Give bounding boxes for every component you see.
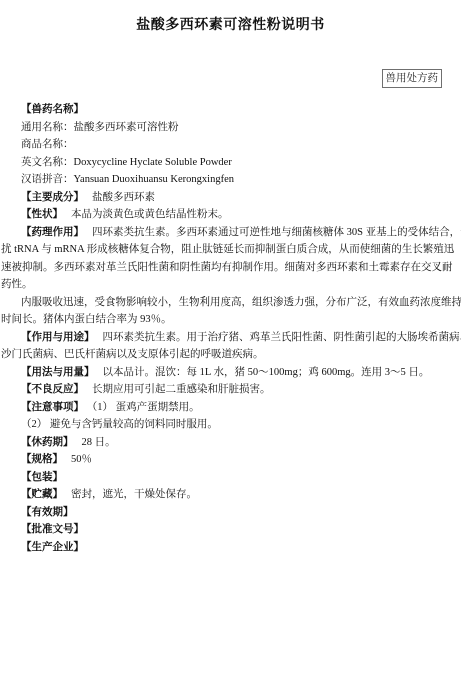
section-heading: 【作用与用途】 xyxy=(21,332,95,343)
doc-line: 【批准文号】 xyxy=(1,521,460,539)
section-heading: 【不良反应】 xyxy=(21,384,84,395)
doc-line: 【主要成分】盐酸多西环素 xyxy=(1,189,460,207)
line-text: 长期应用可引起二重感染和肝脏损害。 xyxy=(92,384,271,395)
doc-line: 【有效期】 xyxy=(1,504,460,522)
doc-line: 时间长。猪体内蛋白结合率为 93％。 xyxy=(1,311,460,329)
line-text: （2） 避免与含钙量较高的饲料同时服用。 xyxy=(21,419,218,430)
line-text: 盐酸多西环素 xyxy=(92,192,155,203)
line-text: 密封，遮光，干燥处保存。 xyxy=(71,489,197,500)
doc-line: 【作用与用途】四环素类抗生素。用于治疗猪、鸡革兰氏阳性菌、阴性菌引起的大肠埃希菌… xyxy=(1,329,460,347)
doc-line: 英文名称：Doxycycline Hyclate Soluble Powder xyxy=(1,154,460,172)
doc-line: 药性。 xyxy=(1,276,460,294)
line-text: （1） 蛋鸡产蛋期禁用。 xyxy=(92,402,200,413)
line-text: 英文名称：Doxycycline Hyclate Soluble Powder xyxy=(21,157,232,168)
section-heading: 【贮藏】 xyxy=(21,489,63,500)
doc-line: 【包装】 xyxy=(1,469,460,487)
doc-line: 扰 tRNA 与 mRNA 形成核糖体复合物，阻止肽链延长而抑制蛋白质合成，从而… xyxy=(1,241,460,259)
page-title: 盐酸多西环素可溶性粉说明书 xyxy=(0,0,461,35)
line-text: 药性。 xyxy=(1,279,33,290)
line-text: 速被抑制。多西环素对革兰氏阳性菌和阴性菌均有抑制作用。细菌对多西环素和土霉素存在… xyxy=(1,262,453,273)
line-text: 以本品计。混饮：每 1L 水，猪 50～100mg；鸡 600mg。连用 3～5… xyxy=(103,367,430,378)
document-page: 盐酸多西环素可溶性粉说明书 兽用处方药 【兽药名称】 通用名称：盐酸多西环素可溶… xyxy=(0,0,461,678)
doc-line: 【生产企业】 xyxy=(1,539,460,557)
section-heading: 【注意事项】 xyxy=(21,402,84,413)
line-text: 四环素类抗生素。多西环素通过可逆性地与细菌核糖体 30S 亚基上的受体结合，干 xyxy=(92,227,461,238)
badge-row: 兽用处方药 xyxy=(0,67,461,86)
line-text: 四环素类抗生素。用于治疗猪、鸡革兰氏阳性菌、阴性菌引起的大肠埃希菌病、 xyxy=(103,332,461,343)
line-text: 内服吸收迅速，受食物影响较小，生物利用度高，组织渗透力强，分布广泛，有效血药浓度… xyxy=(21,297,461,308)
section-heading: 【主要成分】 xyxy=(21,192,84,203)
doc-line: 速被抑制。多西环素对革兰氏阳性菌和阴性菌均有抑制作用。细菌对多西环素和土霉素存在… xyxy=(1,259,460,277)
section-heading: 【药理作用】 xyxy=(21,227,84,238)
section-heading: 【休药期】 xyxy=(21,437,74,448)
doc-line: 【不良反应】长期应用可引起二重感染和肝脏损害。 xyxy=(1,381,460,399)
doc-line: 内服吸收迅速，受食物影响较小，生物利用度高，组织渗透力强，分布广泛，有效血药浓度… xyxy=(1,294,460,312)
doc-line: 【药理作用】四环素类抗生素。多西环素通过可逆性地与细菌核糖体 30S 亚基上的受… xyxy=(1,224,460,242)
section-heading: 【兽药名称】 xyxy=(21,104,84,115)
section-heading: 【性状】 xyxy=(21,209,63,220)
doc-line: 【贮藏】密封，遮光，干燥处保存。 xyxy=(1,486,460,504)
line-text: 50％ xyxy=(71,454,92,465)
doc-body: 【兽药名称】 通用名称：盐酸多西环素可溶性粉 商品名称： 英文名称：Doxycy… xyxy=(0,101,461,556)
line-text: 28 日。 xyxy=(82,437,116,448)
doc-line: 汉语拼音：Yansuan Duoxihuansu Kerongxingfen xyxy=(1,171,460,189)
doc-line: 【休药期】28 日。 xyxy=(1,434,460,452)
doc-line: 【性状】本品为淡黄色或黄色结晶性粉末。 xyxy=(1,206,460,224)
line-text: 商品名称： xyxy=(21,139,74,150)
doc-line: 沙门氏菌病、巴氏杆菌病以及支原体引起的呼吸道疾病。 xyxy=(1,346,460,364)
line-text: 扰 tRNA 与 mRNA 形成核糖体复合物，阻止肽链延长而抑制蛋白质合成，从而… xyxy=(1,244,454,255)
prescription-badge: 兽用处方药 xyxy=(382,69,443,88)
doc-line: 通用名称：盐酸多西环素可溶性粉 xyxy=(1,119,460,137)
section-heading: 【有效期】 xyxy=(21,507,74,518)
doc-line: 【规格】50％ xyxy=(1,451,460,469)
section-heading: 【用法与用量】 xyxy=(21,367,95,378)
doc-line: 【用法与用量】以本品计。混饮：每 1L 水，猪 50～100mg；鸡 600mg… xyxy=(1,364,460,382)
section-heading: 【批准文号】 xyxy=(21,524,84,535)
doc-line: （2） 避免与含钙量较高的饲料同时服用。 xyxy=(1,416,460,434)
doc-line: 【注意事项】（1） 蛋鸡产蛋期禁用。 xyxy=(1,399,460,417)
doc-line: 商品名称： xyxy=(1,136,460,154)
line-text: 汉语拼音：Yansuan Duoxihuansu Kerongxingfen xyxy=(21,174,234,185)
section-heading: 【规格】 xyxy=(21,454,63,465)
line-text: 沙门氏菌病、巴氏杆菌病以及支原体引起的呼吸道疾病。 xyxy=(1,349,264,360)
line-text: 时间长。猪体内蛋白结合率为 93％。 xyxy=(1,314,172,325)
line-text: 通用名称：盐酸多西环素可溶性粉 xyxy=(21,122,179,133)
section-heading: 【生产企业】 xyxy=(21,542,84,553)
section-heading: 【包装】 xyxy=(21,472,63,483)
line-text: 本品为淡黄色或黄色结晶性粉末。 xyxy=(71,209,229,220)
doc-line: 【兽药名称】 xyxy=(1,101,460,119)
